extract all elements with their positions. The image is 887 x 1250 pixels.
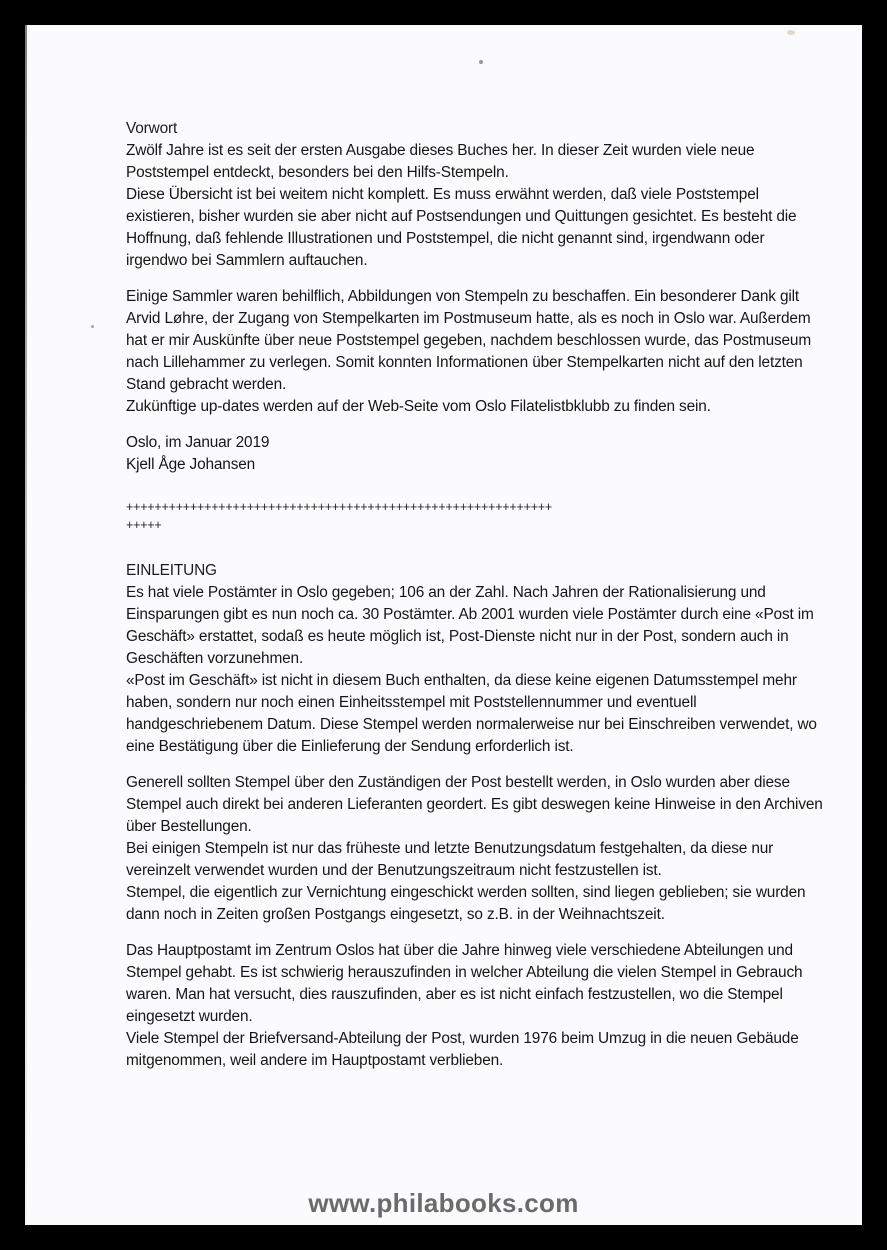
introduction-heading: EINLEITUNG (126, 560, 826, 582)
scanned-page: Vorwort Zwölf Jahre ist es seit der erst… (25, 25, 862, 1225)
watermark-url: www.philabooks.com (0, 1188, 887, 1219)
foreword-paragraph: Einige Sammler waren behilflich, Abbildu… (126, 286, 826, 396)
paper-speck (91, 325, 94, 328)
document-body: Vorwort Zwölf Jahre ist es seit der erst… (126, 118, 826, 1072)
foreword-paragraph: Zwölf Jahre ist es seit der ersten Ausga… (126, 140, 826, 184)
paper-speck (787, 30, 795, 35)
introduction-paragraph: Bei einigen Stempeln ist nur das frühest… (126, 838, 826, 882)
paragraph-spacer (126, 758, 826, 772)
paragraph-spacer (126, 418, 826, 432)
separator-line: +++++ (126, 516, 826, 534)
paragraph-spacer (126, 534, 826, 560)
introduction-paragraph: «Post im Geschäft» ist nicht in diesem B… (126, 670, 826, 758)
introduction-paragraph: Generell sollten Stempel über den Zustän… (126, 772, 826, 838)
foreword-paragraph: Zukünftige up-dates werden auf der Web-S… (126, 396, 826, 418)
separator-line: ++++++++++++++++++++++++++++++++++++++++… (126, 498, 826, 516)
foreword-heading: Vorwort (126, 118, 826, 140)
author-name: Kjell Åge Johansen (126, 454, 826, 476)
paragraph-spacer (126, 476, 826, 490)
introduction-paragraph: Das Hauptpostamt im Zentrum Oslos hat üb… (126, 940, 826, 1028)
paper-speck (479, 60, 483, 64)
paragraph-spacer (126, 926, 826, 940)
introduction-paragraph: Viele Stempel der Briefversand-Abteilung… (126, 1028, 826, 1072)
introduction-paragraph: Es hat viele Postämter in Oslo gegeben; … (126, 582, 826, 670)
place-date: Oslo, im Januar 2019 (126, 432, 826, 454)
separator: ++++++++++++++++++++++++++++++++++++++++… (126, 498, 826, 534)
foreword-paragraph: Diese Übersicht ist bei weitem nicht kom… (126, 184, 826, 272)
introduction-paragraph: Stempel, die eigentlich zur Vernichtung … (126, 882, 826, 926)
foreword-section: Vorwort Zwölf Jahre ist es seit der erst… (126, 118, 826, 476)
introduction-section: EINLEITUNG Es hat viele Postämter in Osl… (126, 560, 826, 1072)
paragraph-spacer (126, 272, 826, 286)
